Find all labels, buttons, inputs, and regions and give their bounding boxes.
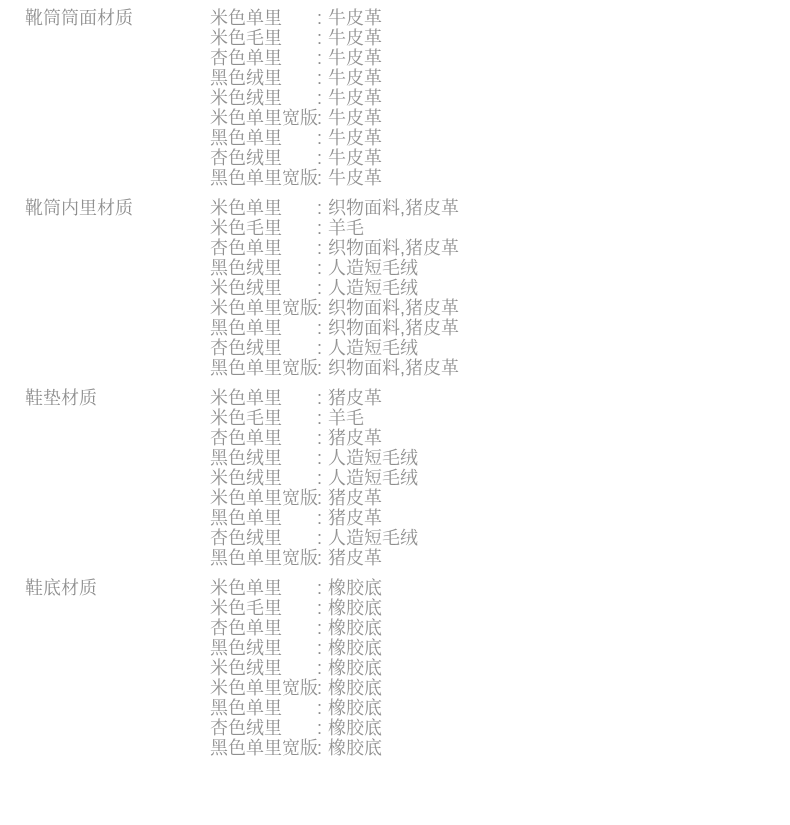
material-value: 人造短毛绒 bbox=[328, 448, 418, 468]
spec-row: 杏色绒里 : 牛皮革 bbox=[210, 148, 790, 168]
spec-section-label: 靴筒内里材质 bbox=[25, 198, 210, 218]
spec-row: 杏色单里 : 橡胶底 bbox=[210, 618, 790, 638]
colon-separator: : bbox=[317, 318, 322, 338]
material-value: 牛皮革 bbox=[328, 148, 382, 168]
variant-name: 杏色单里 bbox=[210, 238, 317, 258]
colon-separator: : bbox=[317, 448, 322, 468]
spec-row: 杏色单里 : 牛皮革 bbox=[210, 48, 790, 68]
spec-row: 米色单里 : 织物面料,猪皮革 bbox=[210, 198, 790, 218]
material-value: 织物面料,猪皮革 bbox=[328, 318, 459, 338]
spec-section: 鞋垫材质 米色单里 : 猪皮革 米色毛里 : 羊毛 杏色单里 : 猪皮革 黑色绒… bbox=[25, 388, 790, 568]
colon-separator: : bbox=[317, 278, 322, 298]
variant-name: 黑色绒里 bbox=[210, 448, 317, 468]
colon-separator: : bbox=[317, 678, 322, 698]
spec-row: 黑色绒里 : 牛皮革 bbox=[210, 68, 790, 88]
colon-separator: : bbox=[317, 718, 322, 738]
spec-row: 米色毛里 : 牛皮革 bbox=[210, 28, 790, 48]
material-value: 织物面料,猪皮革 bbox=[328, 198, 459, 218]
spec-row: 黑色单里 : 织物面料,猪皮革 bbox=[210, 318, 790, 338]
variant-name: 米色单里宽版 bbox=[210, 488, 317, 508]
spec-row: 杏色绒里 : 人造短毛绒 bbox=[210, 338, 790, 358]
material-value: 橡胶底 bbox=[328, 738, 382, 758]
spec-section-label: 靴筒筒面材质 bbox=[25, 8, 210, 28]
spec-row: 杏色绒里 : 橡胶底 bbox=[210, 718, 790, 738]
spec-row: 米色单里宽版 : 牛皮革 bbox=[210, 108, 790, 128]
material-value: 人造短毛绒 bbox=[328, 468, 418, 488]
spec-row: 米色单里 : 橡胶底 bbox=[210, 578, 790, 598]
spec-row: 杏色单里 : 猪皮革 bbox=[210, 428, 790, 448]
material-value: 橡胶底 bbox=[328, 658, 382, 678]
variant-name: 米色绒里 bbox=[210, 468, 317, 488]
spec-row: 米色单里宽版 : 橡胶底 bbox=[210, 678, 790, 698]
variant-name: 杏色绒里 bbox=[210, 528, 317, 548]
spec-section: 鞋底材质 米色单里 : 橡胶底 米色毛里 : 橡胶底 杏色单里 : 橡胶底 黑色… bbox=[25, 578, 790, 758]
colon-separator: : bbox=[317, 528, 322, 548]
material-value: 牛皮革 bbox=[328, 108, 382, 128]
variant-name: 黑色绒里 bbox=[210, 68, 317, 88]
material-value: 人造短毛绒 bbox=[328, 258, 418, 278]
variant-name: 米色单里 bbox=[210, 198, 317, 218]
colon-separator: : bbox=[317, 738, 322, 758]
colon-separator: : bbox=[317, 168, 322, 188]
colon-separator: : bbox=[317, 488, 322, 508]
colon-separator: : bbox=[317, 258, 322, 278]
material-value: 人造短毛绒 bbox=[328, 528, 418, 548]
variant-name: 黑色绒里 bbox=[210, 638, 317, 658]
variant-name: 杏色绒里 bbox=[210, 718, 317, 738]
material-value: 橡胶底 bbox=[328, 638, 382, 658]
spec-row: 黑色单里宽版 : 橡胶底 bbox=[210, 738, 790, 758]
spec-row: 黑色单里宽版 : 猪皮革 bbox=[210, 548, 790, 568]
spec-row: 米色毛里 : 橡胶底 bbox=[210, 598, 790, 618]
variant-name: 杏色绒里 bbox=[210, 148, 317, 168]
variant-name: 黑色单里 bbox=[210, 508, 317, 528]
spec-row: 黑色单里宽版 : 织物面料,猪皮革 bbox=[210, 358, 790, 378]
spec-section-rows: 米色单里 : 橡胶底 米色毛里 : 橡胶底 杏色单里 : 橡胶底 黑色绒里 : … bbox=[210, 578, 790, 758]
spec-row: 米色单里 : 牛皮革 bbox=[210, 8, 790, 28]
material-value: 织物面料,猪皮革 bbox=[328, 358, 459, 378]
spec-row: 黑色单里 : 牛皮革 bbox=[210, 128, 790, 148]
material-value: 牛皮革 bbox=[328, 68, 382, 88]
material-value: 猪皮革 bbox=[328, 508, 382, 528]
material-value: 橡胶底 bbox=[328, 698, 382, 718]
spec-section-label: 鞋垫材质 bbox=[25, 388, 210, 408]
variant-name: 米色毛里 bbox=[210, 598, 317, 618]
spec-row: 黑色单里 : 橡胶底 bbox=[210, 698, 790, 718]
variant-name: 杏色单里 bbox=[210, 428, 317, 448]
spec-row: 黑色绒里 : 人造短毛绒 bbox=[210, 448, 790, 468]
colon-separator: : bbox=[317, 68, 322, 88]
material-value: 猪皮革 bbox=[328, 548, 382, 568]
colon-separator: : bbox=[317, 408, 322, 428]
variant-name: 米色单里宽版 bbox=[210, 678, 317, 698]
spec-section-rows: 米色单里 : 织物面料,猪皮革 米色毛里 : 羊毛 杏色单里 : 织物面料,猪皮… bbox=[210, 198, 790, 378]
spec-row: 米色单里宽版 : 猪皮革 bbox=[210, 488, 790, 508]
colon-separator: : bbox=[317, 128, 322, 148]
material-value: 织物面料,猪皮革 bbox=[328, 238, 459, 258]
spec-row: 米色绒里 : 牛皮革 bbox=[210, 88, 790, 108]
colon-separator: : bbox=[317, 28, 322, 48]
spec-row: 米色单里 : 猪皮革 bbox=[210, 388, 790, 408]
variant-name: 黑色单里 bbox=[210, 318, 317, 338]
colon-separator: : bbox=[317, 428, 322, 448]
variant-name: 杏色绒里 bbox=[210, 338, 317, 358]
colon-separator: : bbox=[317, 548, 322, 568]
variant-name: 黑色单里宽版 bbox=[210, 168, 317, 188]
colon-separator: : bbox=[317, 48, 322, 68]
material-value: 猪皮革 bbox=[328, 388, 382, 408]
spec-row: 米色单里宽版 : 织物面料,猪皮革 bbox=[210, 298, 790, 318]
spec-row: 米色毛里 : 羊毛 bbox=[210, 218, 790, 238]
variant-name: 米色绒里 bbox=[210, 658, 317, 678]
variant-name: 黑色单里宽版 bbox=[210, 548, 317, 568]
colon-separator: : bbox=[317, 508, 322, 528]
variant-name: 米色单里 bbox=[210, 388, 317, 408]
variant-name: 米色毛里 bbox=[210, 28, 317, 48]
variant-name: 黑色单里 bbox=[210, 698, 317, 718]
colon-separator: : bbox=[317, 8, 322, 28]
material-value: 牛皮革 bbox=[328, 88, 382, 108]
spec-section-rows: 米色单里 : 牛皮革 米色毛里 : 牛皮革 杏色单里 : 牛皮革 黑色绒里 : … bbox=[210, 8, 790, 188]
material-value: 猪皮革 bbox=[328, 488, 382, 508]
spec-row: 黑色单里宽版 : 牛皮革 bbox=[210, 168, 790, 188]
spec-section: 靴筒内里材质 米色单里 : 织物面料,猪皮革 米色毛里 : 羊毛 杏色单里 : … bbox=[25, 198, 790, 378]
material-value: 牛皮革 bbox=[328, 128, 382, 148]
colon-separator: : bbox=[317, 358, 322, 378]
colon-separator: : bbox=[317, 338, 322, 358]
spec-row: 杏色绒里 : 人造短毛绒 bbox=[210, 528, 790, 548]
colon-separator: : bbox=[317, 218, 322, 238]
colon-separator: : bbox=[317, 298, 322, 318]
variant-name: 黑色绒里 bbox=[210, 258, 317, 278]
variant-name: 米色单里 bbox=[210, 578, 317, 598]
spec-section-rows: 米色单里 : 猪皮革 米色毛里 : 羊毛 杏色单里 : 猪皮革 黑色绒里 : 人… bbox=[210, 388, 790, 568]
variant-name: 米色单里宽版 bbox=[210, 108, 317, 128]
spec-row: 米色毛里 : 羊毛 bbox=[210, 408, 790, 428]
variant-name: 米色绒里 bbox=[210, 278, 317, 298]
material-value: 橡胶底 bbox=[328, 678, 382, 698]
colon-separator: : bbox=[317, 638, 322, 658]
product-spec-list: 靴筒筒面材质 米色单里 : 牛皮革 米色毛里 : 牛皮革 杏色单里 : 牛皮革 … bbox=[0, 0, 790, 758]
colon-separator: : bbox=[317, 88, 322, 108]
material-value: 织物面料,猪皮革 bbox=[328, 298, 459, 318]
colon-separator: : bbox=[317, 598, 322, 618]
colon-separator: : bbox=[317, 468, 322, 488]
material-value: 羊毛 bbox=[328, 218, 364, 238]
variant-name: 米色绒里 bbox=[210, 88, 317, 108]
spec-row: 杏色单里 : 织物面料,猪皮革 bbox=[210, 238, 790, 258]
colon-separator: : bbox=[317, 618, 322, 638]
colon-separator: : bbox=[317, 658, 322, 678]
spec-row: 黑色绒里 : 人造短毛绒 bbox=[210, 258, 790, 278]
colon-separator: : bbox=[317, 388, 322, 408]
material-value: 橡胶底 bbox=[328, 618, 382, 638]
variant-name: 黑色单里宽版 bbox=[210, 358, 317, 378]
spec-row: 黑色单里 : 猪皮革 bbox=[210, 508, 790, 528]
variant-name: 米色单里宽版 bbox=[210, 298, 317, 318]
variant-name: 米色单里 bbox=[210, 8, 317, 28]
spec-row: 米色绒里 : 人造短毛绒 bbox=[210, 468, 790, 488]
variant-name: 杏色单里 bbox=[210, 618, 317, 638]
variant-name: 米色毛里 bbox=[210, 218, 317, 238]
material-value: 橡胶底 bbox=[328, 598, 382, 618]
variant-name: 黑色单里 bbox=[210, 128, 317, 148]
colon-separator: : bbox=[317, 698, 322, 718]
material-value: 人造短毛绒 bbox=[328, 338, 418, 358]
colon-separator: : bbox=[317, 198, 322, 218]
material-value: 牛皮革 bbox=[328, 8, 382, 28]
material-value: 橡胶底 bbox=[328, 578, 382, 598]
colon-separator: : bbox=[317, 108, 322, 128]
material-value: 牛皮革 bbox=[328, 48, 382, 68]
material-value: 橡胶底 bbox=[328, 718, 382, 738]
spec-section-label: 鞋底材质 bbox=[25, 578, 210, 598]
colon-separator: : bbox=[317, 578, 322, 598]
variant-name: 米色毛里 bbox=[210, 408, 317, 428]
variant-name: 杏色单里 bbox=[210, 48, 317, 68]
material-value: 牛皮革 bbox=[328, 168, 382, 188]
spec-section: 靴筒筒面材质 米色单里 : 牛皮革 米色毛里 : 牛皮革 杏色单里 : 牛皮革 … bbox=[25, 8, 790, 188]
material-value: 猪皮革 bbox=[328, 428, 382, 448]
colon-separator: : bbox=[317, 238, 322, 258]
variant-name: 黑色单里宽版 bbox=[210, 738, 317, 758]
material-value: 人造短毛绒 bbox=[328, 278, 418, 298]
spec-row: 米色绒里 : 人造短毛绒 bbox=[210, 278, 790, 298]
material-value: 羊毛 bbox=[328, 408, 364, 428]
spec-row: 米色绒里 : 橡胶底 bbox=[210, 658, 790, 678]
material-value: 牛皮革 bbox=[328, 28, 382, 48]
spec-row: 黑色绒里 : 橡胶底 bbox=[210, 638, 790, 658]
colon-separator: : bbox=[317, 148, 322, 168]
